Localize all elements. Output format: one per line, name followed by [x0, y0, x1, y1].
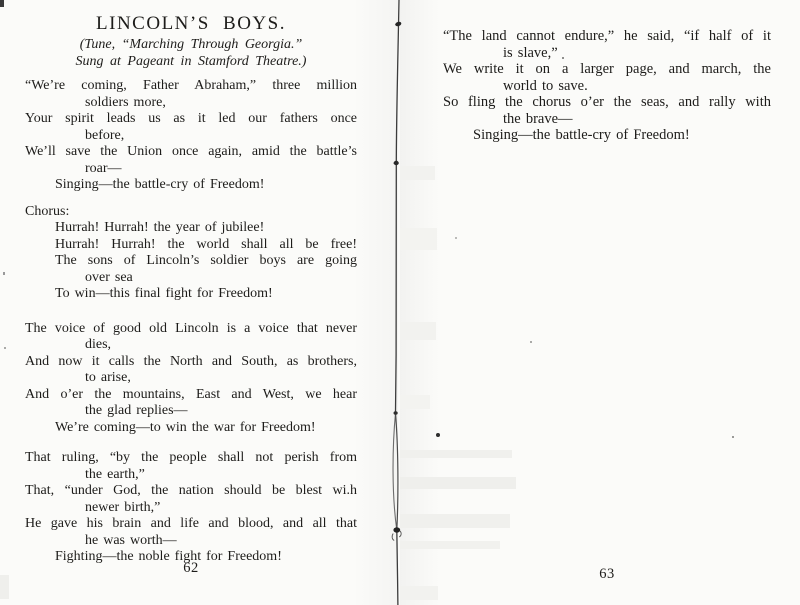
page-number-left: 62 [25, 560, 357, 577]
text-line: he was worth— [25, 533, 357, 550]
text-line: Singing—the battle-cry of Freedom! [25, 177, 357, 194]
text-line: We write it on a larger page, and march,… [443, 61, 771, 78]
text-line: the glad replies— [25, 403, 357, 420]
text-line: Hurrah! Hurrah! the world shall all be f… [25, 237, 357, 254]
text-line: newer birth,” [25, 500, 357, 517]
tune-note-line1: (Tune, “Marching Through Georgia.” [25, 37, 357, 54]
book-scan: { "scan": { "left_page": { "title": "LIN… [0, 0, 800, 605]
text-line: So fling the chorus o’er the seas, and r… [443, 94, 771, 111]
scan-speck [455, 237, 457, 239]
text-line: world to save. [443, 78, 771, 95]
left-page-verses: “We’re coming, Father Abraham,” three mi… [25, 78, 357, 566]
text-line: the brave— [443, 111, 771, 128]
text-line: We’re coming—to win the war for Freedom! [25, 420, 357, 437]
page-title: LINCOLN’S BOYS. [25, 12, 357, 36]
stanza-gap [25, 436, 357, 450]
text-line: And now it calls the North and South, as… [25, 354, 357, 371]
scan-speck [436, 433, 440, 437]
scan-speck [530, 341, 532, 343]
text-line: The sons of Lincoln’s soldier boys are g… [25, 253, 357, 270]
text-line: is slave,” [443, 45, 771, 62]
text-line: Singing—the battle-cry of Freedom! [443, 127, 771, 144]
stanza-gap [25, 303, 357, 321]
text-line: The voice of good old Lincoln is a voice… [25, 321, 357, 338]
text-line: dies, [25, 337, 357, 354]
scan-speck [4, 347, 6, 349]
text-line: before, [25, 128, 357, 145]
text-line: To win—this final fight for Freedom! [25, 286, 357, 303]
text-line: Hurrah! Hurrah! the year of jubilee! [25, 220, 357, 237]
text-line: roar— [25, 161, 357, 178]
scan-speck [732, 436, 734, 438]
text-line: over sea [25, 270, 357, 287]
stanza-gap [25, 194, 357, 204]
page-number-right: 63 [443, 566, 771, 583]
thread-knot [394, 411, 398, 415]
text-line: We’ll save the Union once again, amid th… [25, 144, 357, 161]
text-line: That ruling, “by the people shall not pe… [25, 450, 357, 467]
page-left: LINCOLN’S BOYS. (Tune, “Marching Through… [25, 12, 357, 566]
scan-streak [0, 575, 9, 599]
thread-knot [393, 527, 400, 532]
text-line: Chorus: [25, 204, 357, 221]
text-line: That, “under God, the nation should be b… [25, 483, 357, 500]
right-page-verses: “The land cannot endure,” he said, “if h… [443, 28, 771, 144]
text-line: to arise, [25, 370, 357, 387]
tune-note-line2: Sung at Pageant in Stamford Theatre.) [25, 54, 357, 71]
text-line: soldiers more, [25, 95, 357, 112]
binding-thread [378, 0, 418, 605]
text-line: the earth,” [25, 467, 357, 484]
text-line: And o’er the mountains, East and West, w… [25, 387, 357, 404]
scan-speck [3, 272, 5, 275]
text-line: “We’re coming, Father Abraham,” three mi… [25, 78, 357, 95]
text-line: “The land cannot endure,” he said, “if h… [443, 28, 771, 45]
scan-speck [0, 0, 4, 7]
text-line: He gave his brain and life and blood, an… [25, 516, 357, 533]
text-line: Your spirit leads us as it led our fathe… [25, 111, 357, 128]
